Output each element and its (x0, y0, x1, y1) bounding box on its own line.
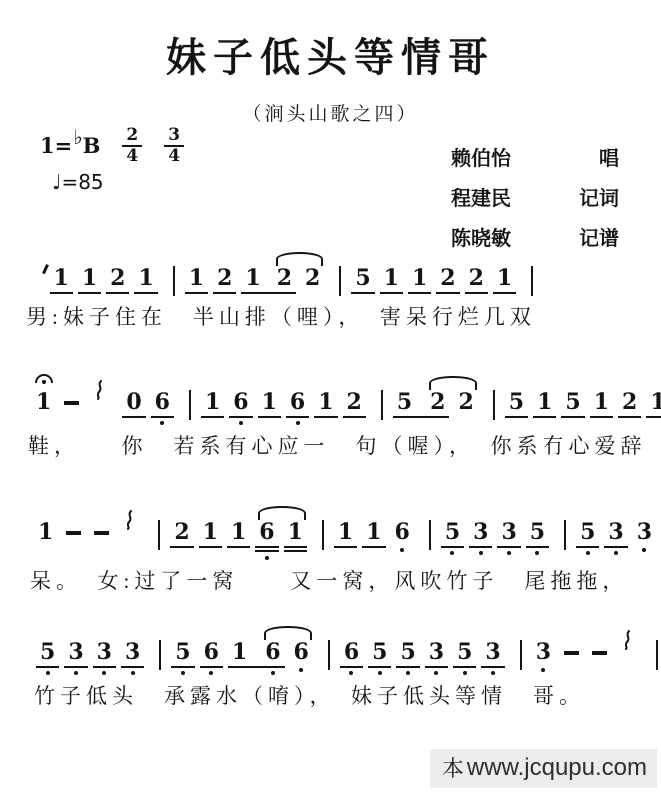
note-digit: 6 (155, 390, 170, 414)
note-digit: 1 (54, 266, 69, 290)
note-digit: 6 (265, 640, 280, 664)
octave-dot (434, 671, 438, 675)
underline (618, 416, 641, 418)
underline (469, 546, 492, 548)
note-digit: 5 (457, 640, 472, 664)
note-digit: 1 (650, 390, 661, 414)
octave-dot (614, 551, 618, 555)
underline (314, 416, 337, 418)
note: 5 (509, 390, 524, 418)
note-digit: 2 (469, 266, 484, 290)
note: 1 (54, 266, 69, 294)
breath-mark-icon (124, 510, 134, 535)
note: 2 (305, 266, 320, 294)
note: 1 (82, 266, 97, 294)
note: 3 (637, 520, 652, 552)
note-digit: 3 (536, 640, 551, 664)
note-digit: 6 (204, 640, 219, 664)
note: 2 (217, 266, 232, 294)
note: 5 (445, 520, 460, 555)
note-digit: 2 (430, 390, 445, 414)
underline (36, 666, 59, 668)
barline (381, 390, 383, 420)
barline (328, 640, 330, 670)
barline (520, 640, 522, 670)
underline (453, 666, 476, 668)
note: 6 (204, 640, 219, 675)
note: 1 (36, 390, 51, 414)
barline (339, 266, 341, 296)
note-digit: 3 (501, 520, 516, 544)
lyrics-line: 呆。 女:过了一窝 又一窝，风吹竹子 尾拖拖， (0, 565, 661, 595)
credit-name: 赖伯怡 (451, 142, 511, 171)
notation-line: 112112122511221 (0, 248, 661, 296)
octave-dot (239, 421, 243, 425)
note: 1 (384, 266, 399, 294)
octave-dot (535, 551, 539, 555)
note: 1 (203, 520, 218, 548)
underline (284, 550, 307, 552)
note-digit: 2 (440, 266, 455, 290)
note-digit: 3 (485, 640, 500, 664)
underline (78, 292, 101, 294)
lyrics-line: 男:妹子住在 半山排（哩）， 害呆行烂几双 (0, 301, 661, 331)
note-digit: 2 (110, 266, 125, 290)
underline (590, 416, 613, 418)
note: 2 (469, 266, 484, 294)
time-signature-2: 3 4 (164, 126, 184, 165)
underline (241, 292, 264, 294)
underline (646, 416, 661, 418)
note-digit: 1 (262, 390, 277, 414)
note: 1 (338, 520, 353, 548)
note: 2 (622, 390, 637, 418)
notation-line: 106161612522515121 (0, 372, 661, 425)
underline (426, 416, 449, 418)
note: 5 (530, 520, 545, 555)
credit-role: 记谱 (579, 222, 619, 251)
underline (561, 416, 584, 418)
note: 1 (594, 390, 609, 418)
note-digit: 1 (205, 390, 220, 414)
underline (93, 666, 116, 668)
underline (170, 546, 193, 548)
credit-row: 程建民 记词 (451, 182, 619, 211)
note-digit: 1 (594, 390, 609, 414)
octave-dot (74, 671, 78, 675)
note-digit: 3 (125, 640, 140, 664)
note-digit: 2 (174, 520, 189, 544)
note-digit: 5 (565, 390, 580, 414)
note: 2 (440, 266, 455, 294)
lyrics-line: 竹子低头 承露水（唷）， 妹子低头等情 哥。 (0, 680, 661, 710)
note-digit: 1 (38, 520, 53, 544)
barline (159, 640, 161, 670)
note: 6 (265, 640, 280, 675)
note-digit: 1 (366, 520, 381, 544)
underline (380, 292, 403, 294)
note: 1 (318, 390, 333, 418)
note-digit: 6 (290, 390, 305, 414)
note-digit: 3 (68, 640, 83, 664)
final-barline-thin (656, 640, 658, 670)
note: 3 (429, 640, 444, 675)
note: 2 (458, 390, 473, 418)
underline (64, 666, 87, 668)
notation-line: 1211611165335533 (0, 502, 661, 560)
note: 1 (231, 520, 246, 548)
credit-role: 唱 (599, 142, 619, 171)
note: 3 (536, 640, 551, 672)
underline (465, 292, 488, 294)
slur-group: 22 (430, 390, 474, 418)
breath-mark-icon (622, 630, 632, 655)
underline (106, 292, 129, 294)
note: 1 (245, 266, 260, 294)
barline (158, 520, 160, 550)
underline (505, 416, 528, 418)
note-digit: 1 (36, 390, 51, 414)
underline (151, 416, 174, 418)
octave-dot (209, 671, 213, 675)
note: 3 (68, 640, 83, 675)
underline (497, 546, 520, 548)
slur-arc-icon (429, 376, 477, 390)
note-digit: 1 (412, 266, 427, 290)
meter-numerator: 2 (122, 126, 142, 147)
note-digit: 1 (82, 266, 97, 290)
barline (189, 390, 191, 420)
note-digit: 1 (288, 520, 303, 544)
tempo-value: =85 (61, 170, 103, 194)
underline (334, 546, 357, 548)
note: 1 (497, 266, 512, 294)
note: 6 (395, 520, 410, 552)
octave-dot (586, 551, 590, 555)
music-system-1: 112112122511221 男:妹子住在 半山排（哩）， 害呆行烂几双 (0, 248, 661, 331)
barline (531, 266, 533, 296)
note-digit: 1 (537, 390, 552, 414)
note-digit: 1 (232, 640, 247, 664)
underline (258, 416, 281, 418)
music-system-2: 106161612522515121 鞋， 你 若系有心应一 句（喔）， 你系冇… (0, 372, 661, 460)
note: 2 (110, 266, 125, 294)
note-digit: 6 (344, 640, 359, 664)
underline (261, 666, 284, 668)
credit-name: 程建民 (451, 182, 511, 211)
barline (173, 266, 175, 296)
underline (286, 416, 309, 418)
note: 1 (650, 390, 661, 418)
note-digit: 5 (355, 266, 370, 290)
octave-dot (160, 421, 164, 425)
note: 5 (400, 640, 415, 675)
slur-group: 61 (259, 520, 303, 560)
note-digit: 5 (40, 640, 55, 664)
underline (228, 666, 251, 668)
meter-denominator: 4 (164, 147, 184, 166)
underline (533, 416, 556, 418)
octave-dot (299, 668, 303, 672)
octave-dot (479, 551, 483, 555)
note: 2 (347, 390, 362, 418)
note-digit: 1 (245, 266, 260, 290)
note-digit: 5 (397, 390, 412, 414)
key-signature: 1= ♭ B 2 4 3 4 (40, 126, 184, 165)
note-digit: 3 (608, 520, 623, 544)
note-digit: 5 (175, 640, 190, 664)
note-digit: 3 (637, 520, 652, 544)
page-subtitle: （涧头山歌之四） (0, 99, 661, 126)
meter-denominator: 4 (122, 147, 142, 166)
octave-dot (541, 668, 545, 672)
note: 1 (366, 520, 381, 548)
duration-dash (66, 531, 81, 535)
underline (134, 292, 157, 294)
note: 1 (537, 390, 552, 418)
credits-block: 赖伯怡 唱 程建民 记词 陈晓敏 记谱 (451, 142, 619, 262)
note: 1 (205, 390, 220, 418)
note-digit: 5 (509, 390, 524, 414)
octave-dot (463, 671, 467, 675)
underline (50, 292, 73, 294)
note: 1 (288, 520, 303, 560)
watermark-url: www.jcqupu.com (467, 754, 647, 782)
note-digit: 2 (305, 266, 320, 290)
note-digit: 3 (473, 520, 488, 544)
slur-arc-icon (276, 252, 324, 266)
underline (340, 666, 363, 668)
octave-dot (400, 548, 404, 552)
underline (604, 546, 627, 548)
note-digit: 6 (395, 520, 410, 544)
barline (322, 520, 324, 550)
note: 2 (174, 520, 189, 548)
underline (255, 546, 278, 548)
underline (576, 546, 599, 548)
note-digit: 2 (277, 266, 292, 290)
underline (351, 292, 374, 294)
note: 1 (412, 266, 427, 294)
note-digit: 0 (126, 390, 141, 414)
underline (229, 416, 252, 418)
underline (436, 292, 459, 294)
underline (121, 666, 144, 668)
note-digit: 1 (189, 266, 204, 290)
note: 5 (355, 266, 370, 294)
octave-dot (642, 548, 646, 552)
barline (429, 520, 431, 550)
underline (284, 546, 307, 548)
octave-dot (349, 671, 353, 675)
underline (255, 550, 278, 552)
note: 3 (125, 640, 140, 675)
underline (396, 666, 419, 668)
note: 6 (344, 640, 359, 675)
note-digit: 5 (445, 520, 460, 544)
tempo-marking: ♩=85 (52, 170, 104, 194)
underline (200, 666, 223, 668)
note: 6 (259, 520, 274, 560)
octave-dot (406, 671, 410, 675)
note: 5 (565, 390, 580, 418)
underline (171, 666, 194, 668)
octave-dot (507, 551, 511, 555)
underline (368, 666, 391, 668)
note-digit: 1 (384, 266, 399, 290)
duration-dash (94, 531, 109, 535)
note: 6 (290, 390, 305, 425)
octave-dot (296, 421, 300, 425)
note: 3 (473, 520, 488, 555)
slur-arc-icon (258, 506, 306, 520)
duration-dash (564, 651, 579, 655)
note-digit: 1 (231, 520, 246, 544)
octave-dot (265, 556, 269, 560)
underline (526, 546, 549, 548)
credit-role: 记词 (579, 182, 619, 211)
note-digit: 6 (294, 640, 309, 664)
underline (441, 546, 464, 548)
octave-dot (46, 671, 50, 675)
fermata-icon (35, 374, 53, 383)
octave-dot (378, 671, 382, 675)
octave-dot (102, 671, 106, 675)
note-digit: 3 (429, 640, 444, 664)
barline (564, 520, 566, 550)
underline (213, 292, 236, 294)
underline (273, 292, 296, 294)
note: 6 (155, 390, 170, 425)
note: 6 (294, 640, 309, 675)
underline (227, 546, 250, 548)
lyrics-line: 鞋， 你 若系有心应一 句（喔）， 你系冇心爱辞 (0, 430, 661, 460)
note: 2 (277, 266, 292, 294)
note: 0 (126, 390, 141, 418)
slur-group: 66 (265, 640, 309, 675)
note: 1 (262, 390, 277, 418)
music-system-4: 5333561666553533 竹子低头 承露水（唷）， 妹子低头等情 哥。 (0, 622, 661, 710)
note-digit: 1 (318, 390, 333, 414)
note-digit: 1 (497, 266, 512, 290)
note-digit: 2 (458, 390, 473, 414)
underline (122, 416, 145, 418)
notation-line: 5333561666553533 (0, 622, 661, 675)
note: 6 (233, 390, 248, 425)
octave-dot (181, 671, 185, 675)
note: 2 (430, 390, 445, 418)
note: 1 (189, 266, 204, 294)
underline (481, 666, 504, 668)
octave-dot (450, 551, 454, 555)
underline (199, 546, 222, 548)
credit-name: 陈晓敏 (451, 222, 511, 251)
note-digit: 2 (217, 266, 232, 290)
slur-arc-icon (264, 626, 312, 640)
note-digit: 5 (530, 520, 545, 544)
barline (493, 390, 495, 420)
note-digit: 5 (372, 640, 387, 664)
note-digit: 6 (259, 520, 274, 544)
underline (185, 292, 208, 294)
page-title: 妹子低头等情哥 (0, 26, 661, 83)
note-digit: 5 (580, 520, 595, 544)
fermata-dot (42, 380, 46, 384)
sheet-page: 妹子低头等情哥 （涧头山歌之四） 1= ♭ B 2 4 3 4 ♩=85 赖伯怡… (0, 0, 661, 794)
note: 5 (457, 640, 472, 675)
key-letter: B (83, 133, 101, 158)
slur-group: 22 (277, 266, 321, 294)
note: 3 (485, 640, 500, 675)
duration-dash (64, 401, 79, 405)
grace-tick-icon (42, 264, 48, 274)
note: 5 (40, 640, 55, 675)
underline (393, 416, 416, 418)
note-digit: 3 (97, 640, 112, 664)
note-digit: 5 (400, 640, 415, 664)
note-digit: 2 (622, 390, 637, 414)
flat-sign-icon: ♭ (73, 125, 82, 149)
octave-dot (491, 671, 495, 675)
underline (362, 546, 385, 548)
note: 3 (608, 520, 623, 555)
note-digit: 1 (338, 520, 353, 544)
note: 1 (38, 520, 53, 544)
octave-dot (271, 671, 275, 675)
note: 3 (97, 640, 112, 675)
underline (201, 416, 224, 418)
key-prefix: 1= (40, 133, 72, 158)
octave-dot (131, 671, 135, 675)
watermark: 本 www.jcqupu.com (430, 749, 657, 788)
credit-row: 陈晓敏 记谱 (451, 222, 619, 251)
underline (425, 666, 448, 668)
note-digit: 2 (347, 390, 362, 414)
note: 1 (232, 640, 247, 668)
note-digit: 1 (203, 520, 218, 544)
note: 1 (138, 266, 153, 294)
music-system-3: 1211611165335533 呆。 女:过了一窝 又一窝，风吹竹子 尾拖拖， (0, 502, 661, 595)
note-digit: 6 (233, 390, 248, 414)
duration-dash (592, 651, 607, 655)
underline (343, 416, 366, 418)
time-signature-1: 2 4 (122, 126, 142, 165)
credit-row: 赖伯怡 唱 (451, 142, 619, 171)
note: 5 (580, 520, 595, 555)
note: 5 (372, 640, 387, 675)
meter-numerator: 3 (164, 126, 184, 147)
watermark-logo: 本 (442, 752, 464, 783)
note: 5 (397, 390, 412, 418)
note: 5 (175, 640, 190, 675)
note: 3 (501, 520, 516, 555)
underline (408, 292, 431, 294)
note-digit: 1 (138, 266, 153, 290)
underline (493, 292, 516, 294)
breath-mark-icon (94, 380, 104, 405)
final-barline (656, 640, 661, 670)
